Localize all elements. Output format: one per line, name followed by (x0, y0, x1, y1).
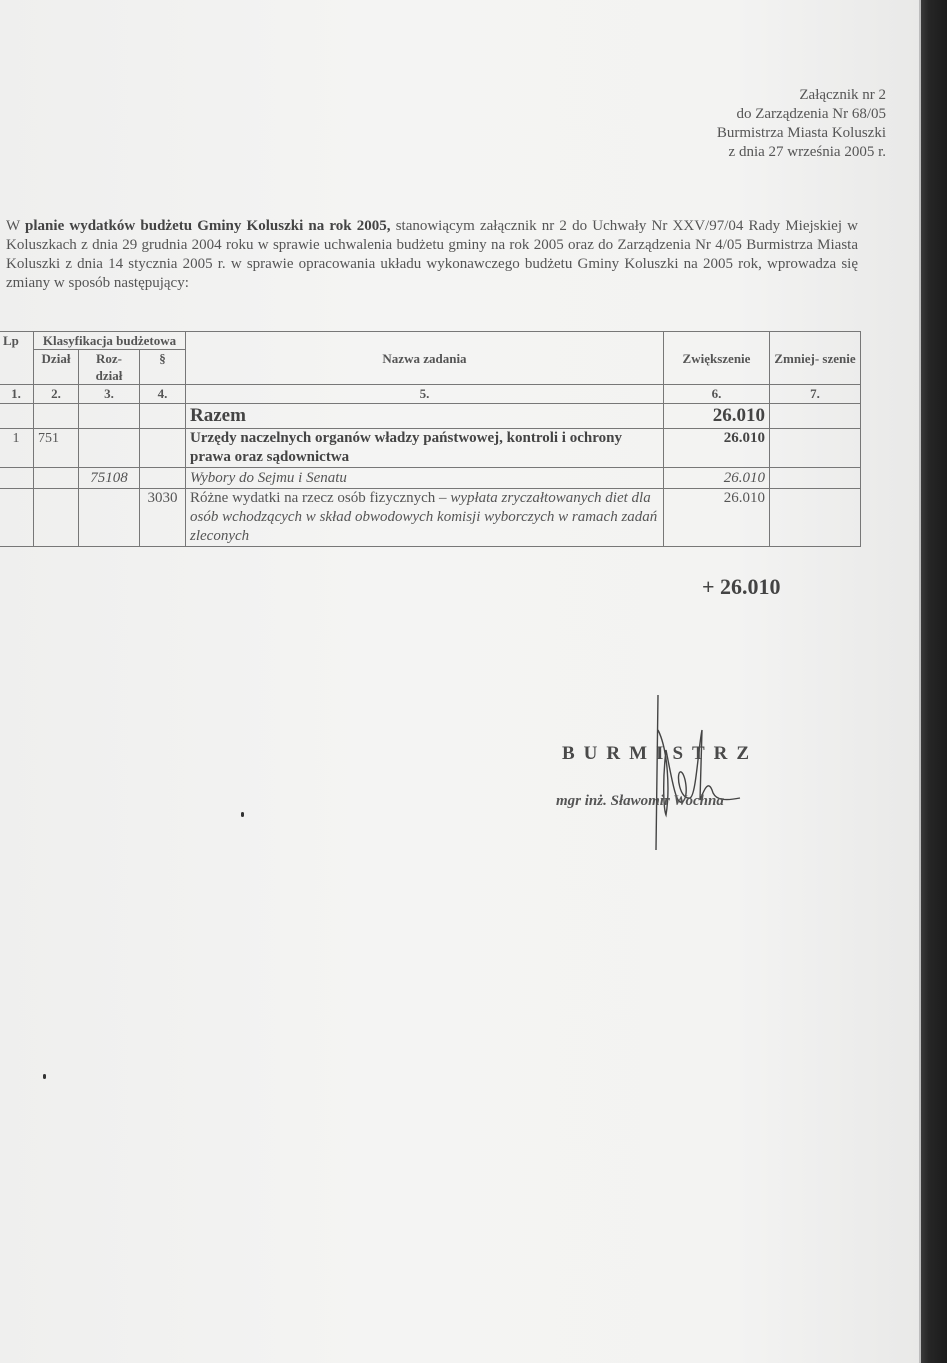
row-paragraf (140, 429, 186, 468)
header-dzial: Dział (34, 350, 79, 385)
row-decrease (770, 429, 861, 468)
handwritten-signature-icon (640, 690, 760, 855)
colnum-5: 5. (186, 385, 664, 404)
table-row: 3030 Różne wydatki na rzecz osób fizyczn… (0, 489, 861, 547)
intro-prefix: W (6, 218, 25, 234)
colnum-6: 6. (664, 385, 770, 404)
header-klasyfikacja: Klasyfikacja budżetowa (34, 332, 186, 350)
colnum-7: 7. (770, 385, 861, 404)
colnum-1: 1. (0, 385, 34, 404)
table-row: 75108 Wybory do Sejmu i Senatu 26.010 (0, 468, 861, 489)
annex-line-3: Burmistrza Miasta Koluszki (717, 124, 886, 143)
scanner-border (921, 0, 947, 1363)
row-name: Różne wydatki na rzecz osób fizycznych –… (186, 489, 664, 547)
header-row-1: Lp Klasyfikacja budżetowa Nazwa zadania … (0, 332, 861, 350)
colnum-4: 4. (140, 385, 186, 404)
total-label: Razem (186, 404, 664, 429)
row-decrease (770, 489, 861, 547)
colnum-3: 3. (79, 385, 140, 404)
header-rozdzial: Roz- dział (79, 350, 140, 385)
scan-speck (43, 1074, 46, 1079)
row-name: Urzędy naczelnych organów władzy państwo… (186, 429, 664, 468)
row-rozdzial (79, 429, 140, 468)
total-decrease (770, 404, 861, 429)
row-lp (0, 468, 34, 489)
column-number-row: 1. 2. 3. 4. 5. 6. 7. (0, 385, 861, 404)
header-zmniejszenie: Zmniej- szenie (770, 332, 861, 385)
row-lp: 1 (0, 429, 34, 468)
table-row: 1 751 Urzędy naczelnych organów władzy p… (0, 429, 861, 468)
header-zwiekszenie: Zwiększenie (664, 332, 770, 385)
signature-title: BURMISTRZ (562, 743, 758, 765)
budget-table: Lp Klasyfikacja budżetowa Nazwa zadania … (0, 331, 861, 547)
intro-paragraph: W planie wydatków budżetu Gminy Koluszki… (6, 217, 858, 293)
header-lp: Lp (0, 332, 34, 385)
row-rozdzial (79, 489, 140, 547)
total-row: Razem 26.010 (0, 404, 861, 429)
row-name-plain: Różne wydatki na rzecz osób fizycznych – (190, 490, 450, 506)
row-paragraf: 3030 (140, 489, 186, 547)
row-lp (0, 489, 34, 547)
row-decrease (770, 468, 861, 489)
row-increase: 26.010 (664, 489, 770, 547)
row-name: Wybory do Sejmu i Senatu (186, 468, 664, 489)
header-paragraf: § (140, 350, 186, 385)
signature-block: BURMISTRZ mgr inż. Sławomir Wochna (562, 743, 758, 765)
annex-line-2: do Zarządzenia Nr 68/05 (717, 105, 886, 124)
row-paragraf (140, 468, 186, 489)
row-increase: 26.010 (664, 468, 770, 489)
annex-line-4: z dnia 27 września 2005 r. (717, 143, 886, 162)
annex-header: Załącznik nr 2 do Zarządzenia Nr 68/05 B… (717, 86, 886, 162)
row-dzial (34, 489, 79, 547)
row-dzial: 751 (34, 429, 79, 468)
signature-name: mgr inż. Sławomir Wochna (556, 793, 724, 810)
grand-total: + 26.010 (702, 574, 781, 600)
row-dzial (34, 468, 79, 489)
header-nazwa: Nazwa zadania (186, 332, 664, 385)
scan-speck (241, 812, 244, 817)
colnum-2: 2. (34, 385, 79, 404)
row-rozdzial: 75108 (79, 468, 140, 489)
document-page (0, 0, 921, 1363)
intro-bold: planie wydatków budżetu Gminy Koluszki n… (25, 218, 390, 234)
row-increase: 26.010 (664, 429, 770, 468)
total-increase: 26.010 (664, 404, 770, 429)
annex-line-1: Załącznik nr 2 (717, 86, 886, 105)
